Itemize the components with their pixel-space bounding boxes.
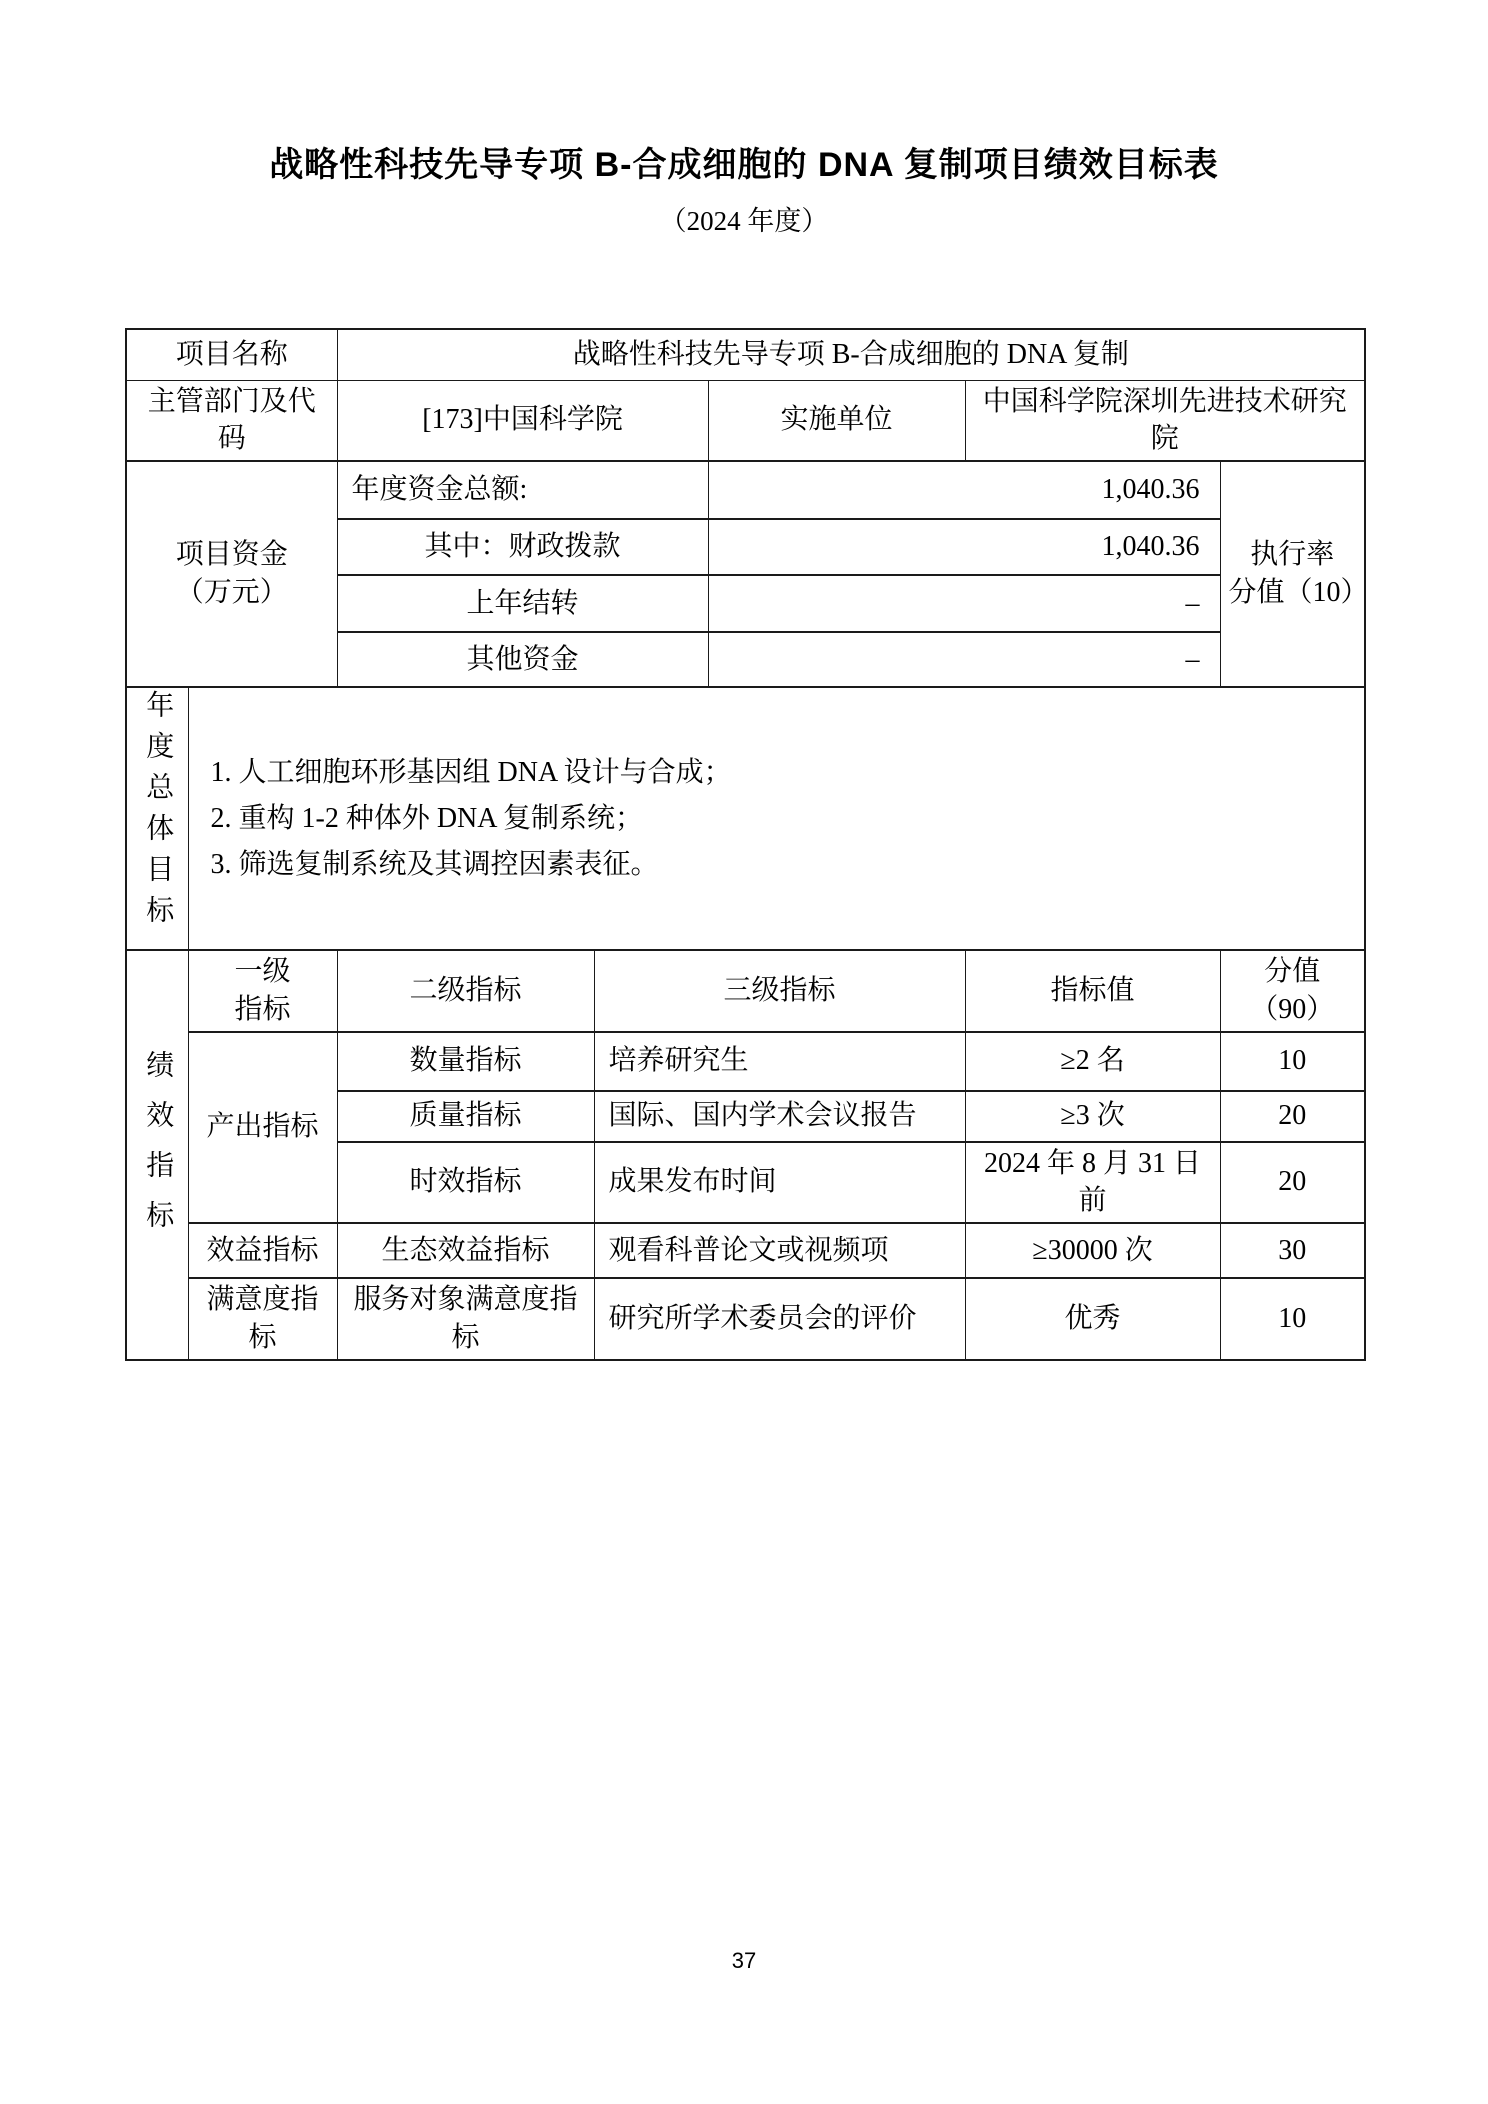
perf-score-cell: 10 (1220, 1032, 1365, 1091)
perf-level3-cell: 培养研究生 (594, 1032, 965, 1091)
department-value-cell: [173]中国科学院 (337, 380, 708, 461)
perf-level1-cell: 效益指标 (188, 1223, 337, 1278)
funding-row-name: 其他资金 (337, 632, 708, 687)
funding-row-value: 1,040.36 (708, 461, 1220, 519)
project-name-value-cell: 战略性科技先导专项 B-合成细胞的 DNA 复制 (337, 329, 1365, 380)
perf-level2-cell: 质量指标 (337, 1091, 594, 1142)
impl-unit-value-cell: 中国科学院深圳先进技术研究 院 (965, 380, 1365, 461)
perf-value-cell: ≥3 次 (965, 1091, 1220, 1142)
project-name-label-cell: 项目名称 (126, 329, 337, 380)
funding-row-value: – (708, 632, 1220, 687)
perf-header-level2: 二级指标 (337, 950, 594, 1032)
doc-subtitle: （2024 年度） (0, 199, 1488, 238)
perf-level2-cell: 时效指标 (337, 1142, 594, 1224)
perf-header-level1: 一级 指标 (188, 950, 337, 1032)
page-number: 37 (0, 1948, 1488, 1974)
table-row-perf-benefit: 效益指标 生态效益指标 观看科普论文或视频项 ≥30000 次 30 (126, 1223, 1365, 1278)
doc-title: 战略性科技先导专项 B-合成细胞的 DNA 复制项目绩效目标表 (0, 0, 1488, 185)
perf-level3-cell: 国际、国内学术会议报告 (594, 1091, 965, 1142)
perf-header-level3: 三级指标 (594, 950, 965, 1032)
funding-row-name: 年度资金总额: (337, 461, 708, 519)
table-row-perf-satisfaction: 满意度指 标 服务对象满意度指 标 研究所学术委员会的评价 优秀 10 (126, 1278, 1365, 1360)
table-row-perf-quantity: 产出指标 数量指标 培养研究生 ≥2 名 10 (126, 1032, 1365, 1091)
annual-goal-label: 年度总体目标 (143, 690, 171, 936)
annual-goal-label-cell: 年度总体目标 (126, 687, 188, 950)
department-label-cell: 主管部门及代 码 (126, 380, 337, 461)
perf-score-cell: 20 (1220, 1142, 1365, 1224)
table-row-project-name: 项目名称 战略性科技先导专项 B-合成细胞的 DNA 复制 (126, 329, 1365, 380)
perf-level2-cell: 服务对象满意度指 标 (337, 1278, 594, 1360)
perf-value-cell: 2024 年 8 月 31 日前 (965, 1142, 1220, 1224)
perf-level2-cell: 数量指标 (337, 1032, 594, 1091)
annual-goal-content-cell: 1. 人工细胞环形基因组 DNA 设计与合成； 2. 重构 1-2 种体外 DN… (188, 687, 1365, 950)
perf-score-cell: 20 (1220, 1091, 1365, 1142)
table-row-perf-header: 绩效指标 一级 指标 二级指标 三级指标 指标值 分值 （90） (126, 950, 1365, 1032)
perf-value-cell: ≥30000 次 (965, 1223, 1220, 1278)
funding-row-value: – (708, 575, 1220, 632)
perf-score-cell: 10 (1220, 1278, 1365, 1360)
performance-target-table: 项目名称 战略性科技先导专项 B-合成细胞的 DNA 复制 主管部门及代 码 [… (125, 328, 1366, 1361)
table-row-annual-goal: 年度总体目标 1. 人工细胞环形基因组 DNA 设计与合成； 2. 重构 1-2… (126, 687, 1365, 950)
perf-level3-cell: 成果发布时间 (594, 1142, 965, 1224)
goal-line: 1. 人工细胞环形基因组 DNA 设计与合成； (211, 750, 1357, 796)
perf-value-cell: 优秀 (965, 1278, 1220, 1360)
perf-value-cell: ≥2 名 (965, 1032, 1220, 1091)
goal-line: 2. 重构 1-2 种体外 DNA 复制系统； (211, 796, 1357, 842)
perf-section-label: 绩效指标 (143, 1050, 171, 1250)
perf-score-cell: 30 (1220, 1223, 1365, 1278)
perf-section-label-cell: 绩效指标 (126, 950, 188, 1360)
perf-level2-cell: 生态效益指标 (337, 1223, 594, 1278)
perf-header-score: 分值 （90） (1220, 950, 1365, 1032)
perf-level1-cell: 满意度指 标 (188, 1278, 337, 1360)
perf-level3-cell: 观看科普论文或视频项 (594, 1223, 965, 1278)
funding-label-cell: 项目资金 （万元） (126, 461, 337, 687)
perf-level1-cell: 产出指标 (188, 1032, 337, 1224)
table-row-department: 主管部门及代 码 [173]中国科学院 实施单位 中国科学院深圳先进技术研究 院 (126, 380, 1365, 461)
funding-row-value: 1,040.36 (708, 519, 1220, 575)
funding-row-name: 上年结转 (337, 575, 708, 632)
perf-level3-cell: 研究所学术委员会的评价 (594, 1278, 965, 1360)
table-row-funding-total: 项目资金 （万元） 年度资金总额: 1,040.36 执行率 分值（10） (126, 461, 1365, 519)
perf-header-value: 指标值 (965, 950, 1220, 1032)
impl-unit-label-cell: 实施单位 (708, 380, 965, 461)
execution-rate-cell: 执行率 分值（10） (1220, 461, 1365, 687)
funding-row-name: 其中：财政拨款 (337, 519, 708, 575)
document-page: 战略性科技先导专项 B-合成细胞的 DNA 复制项目绩效目标表 （2024 年度… (0, 0, 1488, 2104)
goal-line: 3. 筛选复制系统及其调控因素表征。 (211, 842, 1357, 888)
